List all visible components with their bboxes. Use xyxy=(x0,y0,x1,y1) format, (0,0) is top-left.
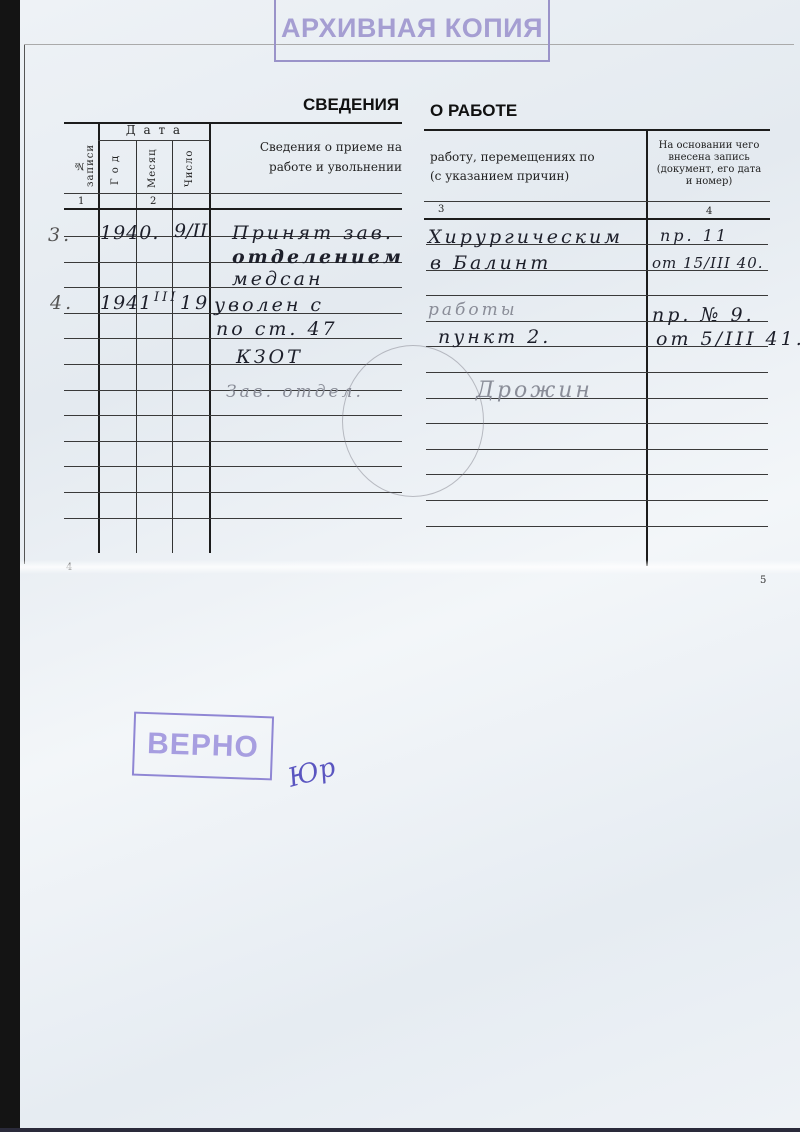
header-basis-3: (документ, его дата xyxy=(650,164,768,176)
numbers-row-bottom-right xyxy=(424,218,770,220)
signature-position: Зав. отдел. xyxy=(226,382,364,402)
entry-text-left-2: по ст. 47 xyxy=(216,318,338,340)
signature: Дрожин xyxy=(476,378,593,403)
entry-basis-1: пр. № 9. xyxy=(652,304,755,326)
row-line xyxy=(64,518,402,519)
col-number-4: 4 xyxy=(706,206,712,217)
header-date: Д а т а xyxy=(98,120,210,140)
header-info-right-2: (с указанием причин) xyxy=(430,166,569,186)
col-number-1: 1 xyxy=(78,196,84,207)
row-line xyxy=(426,526,768,527)
entry-text-left-1: уволен с xyxy=(214,294,324,316)
verified-stamp: ВЕРНО xyxy=(132,712,274,781)
col-number-3: 3 xyxy=(438,204,444,215)
page-fold xyxy=(20,560,800,574)
numbers-row-top xyxy=(64,193,402,194)
col-number-2: 2 xyxy=(150,196,156,207)
numbers-row-top-right xyxy=(424,201,770,202)
page-border xyxy=(24,44,25,564)
numbers-row-bottom xyxy=(64,208,402,210)
archive-copy-stamp-text: АРХИВНАЯ КОПИЯ xyxy=(281,13,543,44)
section-title-right: О РАБОТЕ xyxy=(430,101,517,121)
faded-seal xyxy=(342,345,484,497)
entry-text-left-2: отделением xyxy=(232,246,404,268)
header-info-right-1: работу, перемещениях по xyxy=(430,147,595,167)
entry-basis-1: пр. 11 xyxy=(660,226,729,245)
header-year: Г о д xyxy=(110,150,121,190)
entry-day: 19 xyxy=(180,292,210,314)
entry-no: 4. xyxy=(50,292,74,314)
header-day: Число xyxy=(184,146,195,190)
row-line xyxy=(426,500,768,501)
scan-edge-bottom xyxy=(0,1128,800,1132)
date-subheader-rule xyxy=(98,140,210,141)
row-line xyxy=(426,372,768,373)
scan-edge xyxy=(0,0,20,1132)
row-line xyxy=(64,492,402,493)
table-top-rule-right xyxy=(424,129,770,131)
header-basis-1: На основании чего xyxy=(650,140,768,152)
entry-basis-2: от 5/III 41. xyxy=(656,328,800,350)
entry-year: 1941 xyxy=(100,292,152,314)
header-record-no: № записи xyxy=(74,140,96,190)
entry-text-left-3: медсан xyxy=(232,268,324,290)
entry-text-right-2: в Балинт xyxy=(430,252,551,274)
row-line xyxy=(426,474,768,475)
row-line xyxy=(64,466,402,467)
archive-copy-stamp: АРХИВНАЯ КОПИЯ xyxy=(274,0,550,62)
entry-text-left-3: КЗОТ xyxy=(236,346,303,368)
header-info-left-1: Сведения о приеме на xyxy=(218,137,402,157)
entry-no: 3. xyxy=(48,224,72,246)
header-basis-4: и номер) xyxy=(650,176,768,188)
entry-text-right-2: пункт 2. xyxy=(438,326,551,348)
entry-year: 1940. xyxy=(100,222,159,244)
page-number-right: 5 xyxy=(760,575,766,586)
row-line xyxy=(64,364,402,365)
entry-text-right-1: Хирургическим xyxy=(428,226,623,248)
entry-basis-2: от 15/III 40. xyxy=(652,254,764,272)
header-info-left-2: работе и увольнении xyxy=(218,157,402,177)
entry-month: III xyxy=(154,290,178,305)
header-month: Месяц xyxy=(147,146,158,190)
verified-stamp-text: ВЕРНО xyxy=(147,727,260,765)
section-title-left: СВЕДЕНИЯ xyxy=(303,95,399,115)
header-basis-2: внесена запись xyxy=(650,152,768,164)
entry-text-right-1: работы xyxy=(428,300,518,320)
row-line xyxy=(426,295,768,296)
entry-day-month: 9/II xyxy=(174,220,208,242)
entry-text-left-1: Принят зав. xyxy=(232,222,394,244)
